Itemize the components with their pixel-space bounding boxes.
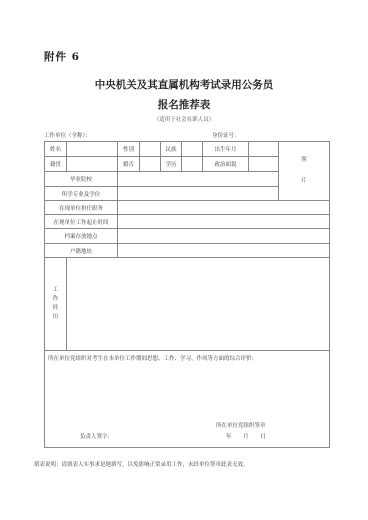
- hline: [44, 350, 329, 351]
- work-unit-label: 工作单位（全称）：: [44, 131, 91, 139]
- education-field[interactable]: [182, 157, 202, 171]
- graduate-school-field[interactable]: [118, 172, 278, 186]
- archive-location-field[interactable]: [118, 229, 329, 243]
- id-number-label: 身份证号：: [212, 131, 240, 139]
- name-field[interactable]: [67, 142, 117, 156]
- current-position-field[interactable]: [118, 201, 329, 214]
- current-position-label: 在现单位担任职务: [45, 201, 117, 214]
- table-border-right: [329, 141, 330, 447]
- gender-label: 性别: [118, 142, 139, 156]
- marital-status-field[interactable]: [140, 157, 160, 171]
- date-month-label: 月: [243, 432, 249, 440]
- filling-instructions: 填表说明：请填表人实事求是地填写，以免影响正常录用工作，未经单位签章此表无效。: [34, 460, 249, 468]
- work-history-label: 工 作 经 历: [45, 258, 66, 350]
- form-subtitle-title: 报名推荐表: [0, 97, 368, 112]
- native-place-label: 籍贯: [45, 157, 66, 171]
- form-applicability-note: （适用于社会在职人员）: [0, 115, 368, 123]
- ethnicity-field[interactable]: [182, 142, 202, 156]
- work-history-field[interactable]: [67, 258, 329, 350]
- signatory-label: 负责人签字：: [80, 432, 113, 440]
- employment-period-field[interactable]: [118, 215, 329, 228]
- date-day-label: 日: [260, 432, 266, 440]
- graduate-school-label: 毕业院校: [45, 172, 117, 186]
- name-label: 姓名: [45, 142, 66, 156]
- household-address-label: 户籍地址: [45, 244, 117, 257]
- education-label: 学历: [161, 157, 181, 171]
- ethnicity-label: 民族: [161, 142, 181, 156]
- org-seal-label: 所在单位党组织签章: [216, 421, 266, 429]
- archive-location-label: 档案存放地点: [45, 229, 117, 243]
- attachment-label: 附件 6: [44, 49, 80, 64]
- political-status-label: 政治面貌: [203, 157, 248, 171]
- marital-status-label: 婚否: [118, 157, 139, 171]
- employment-period-label: 在现单位工作起止时间: [45, 215, 117, 228]
- major-degree-label: 所学专业及学位: [45, 187, 117, 200]
- work-history-char: 经: [53, 304, 59, 313]
- work-history-char: 历: [53, 313, 59, 322]
- date-year-label: 年: [226, 432, 232, 440]
- photo-box[interactable]: 照 片: [279, 142, 329, 200]
- form-title: 中央机关及其直属机构考试录用公务员: [0, 77, 368, 92]
- household-address-field[interactable]: [118, 244, 329, 257]
- major-degree-field[interactable]: [118, 187, 278, 200]
- native-place-field[interactable]: [67, 157, 117, 171]
- table-border-bottom: [44, 447, 330, 448]
- political-status-field[interactable]: [249, 157, 278, 171]
- evaluation-prompt: 所在单位党组织对考生在本单位工作期间思想、工作、学习、作风等方面的综合评价：: [48, 354, 257, 362]
- gender-field[interactable]: [140, 142, 160, 156]
- birth-date-field[interactable]: [249, 142, 278, 156]
- work-history-char: 作: [53, 295, 59, 304]
- birth-date-label: 出生年月: [203, 142, 248, 156]
- photo-label-char2: 片: [301, 177, 307, 186]
- evaluation-field[interactable]: [46, 362, 328, 418]
- work-history-char: 工: [53, 286, 59, 295]
- photo-label-char1: 照: [301, 156, 307, 165]
